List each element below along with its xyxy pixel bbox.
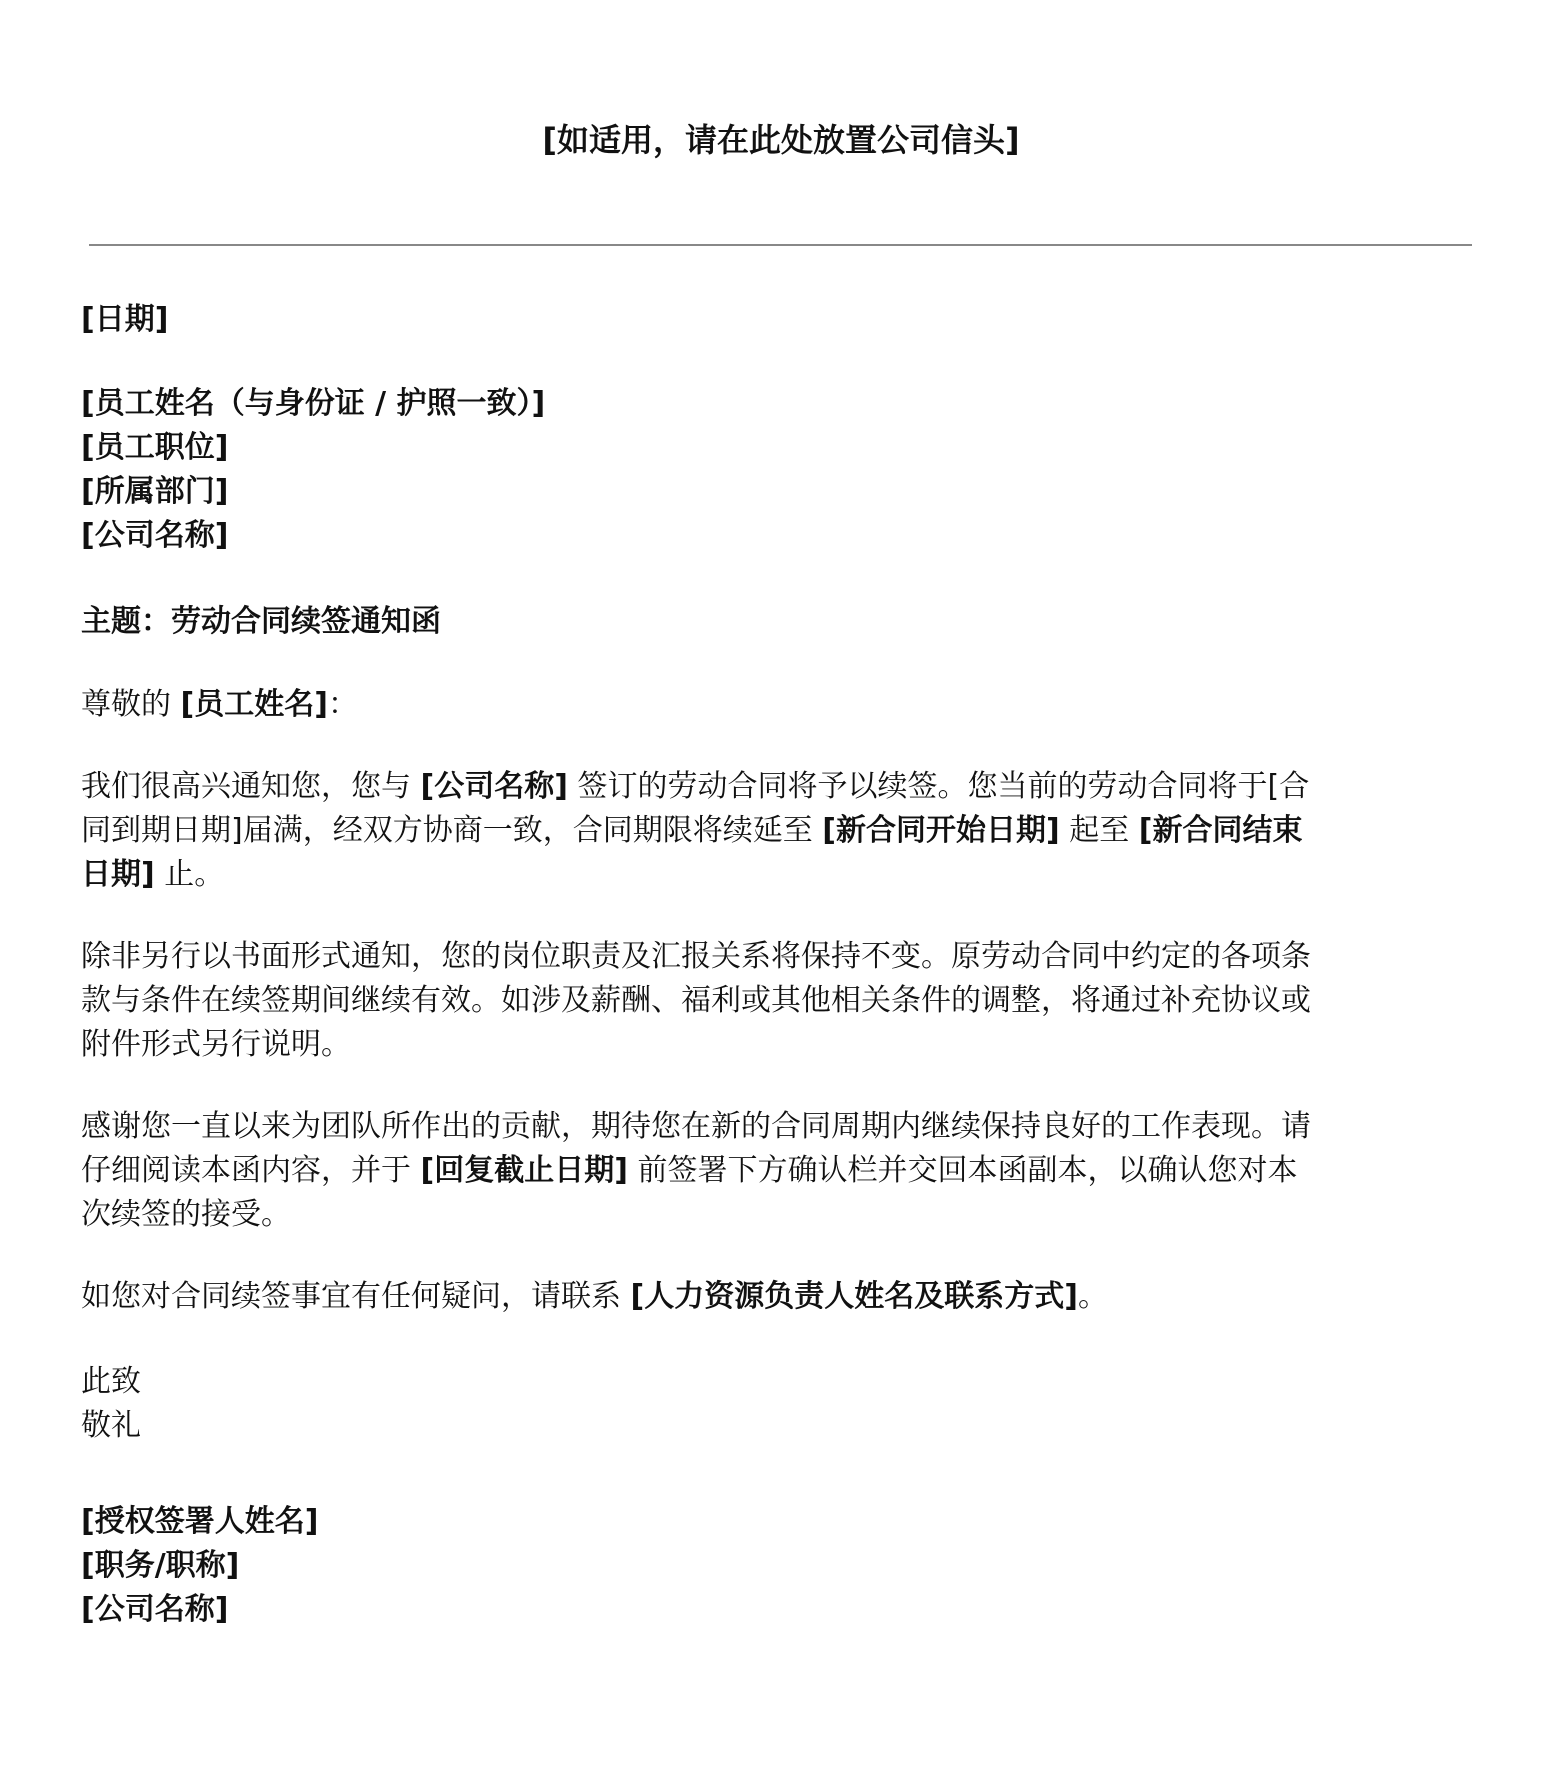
closing-line: 敬礼 [81,1404,1481,1448]
paragraph-renewal: 我们很高兴通知您，您与 [公司名称] 签订的劳动合同将予以续签。您当前的劳动合同… [81,765,1481,897]
letter-page: [如适用，请在此处放置公司信头] [日期] [员工姓名（与身份证 / 护照一致）… [0,0,1562,1766]
signatory-title: [职务/职称] [81,1544,1481,1588]
subject-line: 主题：劳动合同续签通知函 [81,600,1481,644]
salutation-name: [员工姓名] [181,687,328,722]
text-run: 如您对合同续签事宜有任何疑问，请联系 [81,1279,631,1314]
paragraph-terms: 除非另行以书面形式通知，您的岗位职责及汇报关系将保持不变。原劳动合同中约定的各项… [81,935,1481,1067]
text-run: 起至 [1060,813,1139,848]
recipient-company: [公司名称] [81,514,1481,558]
recipient-block: [员工姓名（与身份证 / 护照一致）] [员工职位] [所属部门] [公司名称] [81,382,1481,558]
closing-line: 此致 [81,1360,1481,1404]
paragraph-line: 除非另行以书面形式通知，您的岗位职责及汇报关系将保持不变。原劳动合同中约定的各项… [81,935,1481,979]
recipient-department: [所属部门] [81,470,1481,514]
company-name-placeholder: [公司名称] [421,769,568,804]
paragraph-line: 日期] 止。 [81,853,1481,897]
new-start-date-placeholder: [新合同开始日期] [822,813,1059,848]
paragraph-line: 款与条件在续签期间继续有效。如涉及薪酬、福利或其他相关条件的调整，将通过补充协议… [81,979,1481,1023]
reply-deadline-placeholder: [回复截止日期] [421,1153,628,1188]
text-run: 仔细阅读本函内容，并于 [81,1153,421,1188]
text-run: 。 [1078,1279,1108,1314]
new-end-date-placeholder-cont: 日期] [81,857,155,892]
recipient-position: [员工职位] [81,426,1481,470]
header-divider [89,244,1472,246]
text-run: 前签署下方确认栏并交回本函副本，以确认您对本 [628,1153,1298,1188]
signatory-company: [公司名称] [81,1588,1481,1632]
text-run: 我们很高兴通知您，您与 [81,769,421,804]
paragraph-contact: 如您对合同续签事宜有任何疑问，请联系 [人力资源负责人姓名及联系方式]。 [81,1275,1481,1319]
paragraph-line: 次续签的接受。 [81,1193,1481,1237]
paragraph-line: 同到期日期]届满，经双方协商一致，合同期限将续延至 [新合同开始日期] 起至 [… [81,809,1481,853]
salutation-prefix: 尊敬的 [81,687,181,722]
date-placeholder: [日期] [81,298,1481,342]
paragraph-line: 我们很高兴通知您，您与 [公司名称] 签订的劳动合同将予以续签。您当前的劳动合同… [81,765,1481,809]
paragraph-line: 如您对合同续签事宜有任何疑问，请联系 [人力资源负责人姓名及联系方式]。 [81,1275,1481,1319]
letterhead-placeholder: [如适用，请在此处放置公司信头] [0,118,1562,162]
recipient-name: [员工姓名（与身份证 / 护照一致）] [81,382,1481,426]
text-run: 止。 [155,857,225,892]
new-end-date-placeholder: [新合同结束 [1139,813,1303,848]
signatory-name: [授权签署人姓名] [81,1500,1481,1544]
signature-block: [授权签署人姓名] [职务/职称] [公司名称] [81,1500,1481,1632]
hr-contact-placeholder: [人力资源负责人姓名及联系方式] [631,1279,1078,1314]
paragraph-line: 附件形式另行说明。 [81,1023,1481,1067]
text-run: 同到期日期]届满，经双方协商一致，合同期限将续延至 [81,813,822,848]
closing-block: 此致 敬礼 [81,1360,1481,1448]
salutation: 尊敬的 [员工姓名]： [81,683,1481,727]
paragraph-thanks: 感谢您一直以来为团队所作出的贡献，期待您在新的合同周期内继续保持良好的工作表现。… [81,1105,1481,1237]
text-run: 签订的劳动合同将予以续签。您当前的劳动合同将于[合 [568,769,1309,804]
salutation-suffix: ： [328,687,358,722]
paragraph-line: 感谢您一直以来为团队所作出的贡献，期待您在新的合同周期内继续保持良好的工作表现。… [81,1105,1481,1149]
paragraph-line: 仔细阅读本函内容，并于 [回复截止日期] 前签署下方确认栏并交回本函副本，以确认… [81,1149,1481,1193]
